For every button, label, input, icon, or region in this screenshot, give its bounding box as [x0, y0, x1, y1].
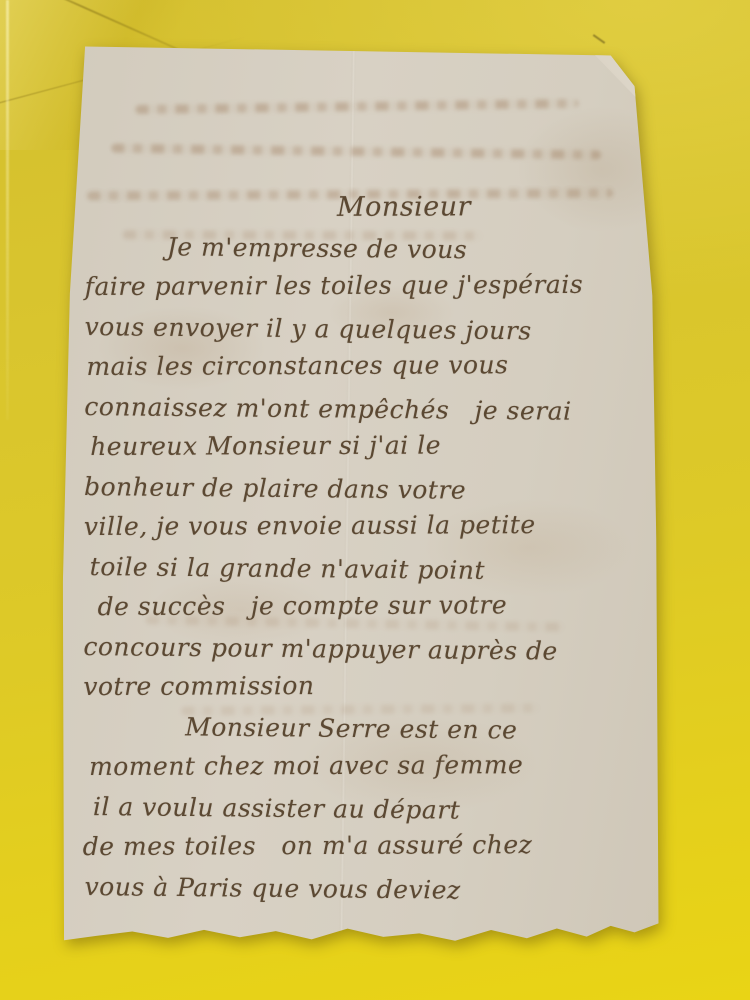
letter-paper-shadow: Monsieur Je m'empresse de vous faire par… — [62, 42, 660, 944]
handwritten-letter-text: Monsieur Je m'empresse de vous faire par… — [83, 187, 652, 909]
backdrop-crease — [6, 0, 9, 420]
dog-ear-corner-fold — [588, 51, 655, 113]
letter-line: vous à Paris que vous deviez — [84, 867, 648, 912]
letter-line: mais les circonstances que vous — [86, 345, 650, 387]
letter-line: votre commission — [83, 665, 649, 707]
photo-frame: Monsieur Je m'empresse de vous faire par… — [0, 0, 750, 1000]
letter-line: ville, je vous envoie aussi la petite — [84, 505, 650, 547]
letter-line: faire parvenir les toiles que j'espérais — [85, 265, 651, 307]
letter-line: de succès je compte sur votre — [98, 585, 650, 627]
letter-line-salutation: Monsieur — [337, 187, 651, 228]
letter-paper: Monsieur Je m'empresse de vous faire par… — [60, 41, 661, 945]
letter-line: de mes toiles on m'a assuré chez — [83, 825, 649, 867]
ink-showthrough — [111, 143, 601, 159]
letter-line: moment chez moi avec sa femme — [89, 745, 649, 787]
ink-showthrough — [135, 98, 578, 113]
letter-line: heureux Monsieur si j'ai le — [90, 425, 650, 467]
